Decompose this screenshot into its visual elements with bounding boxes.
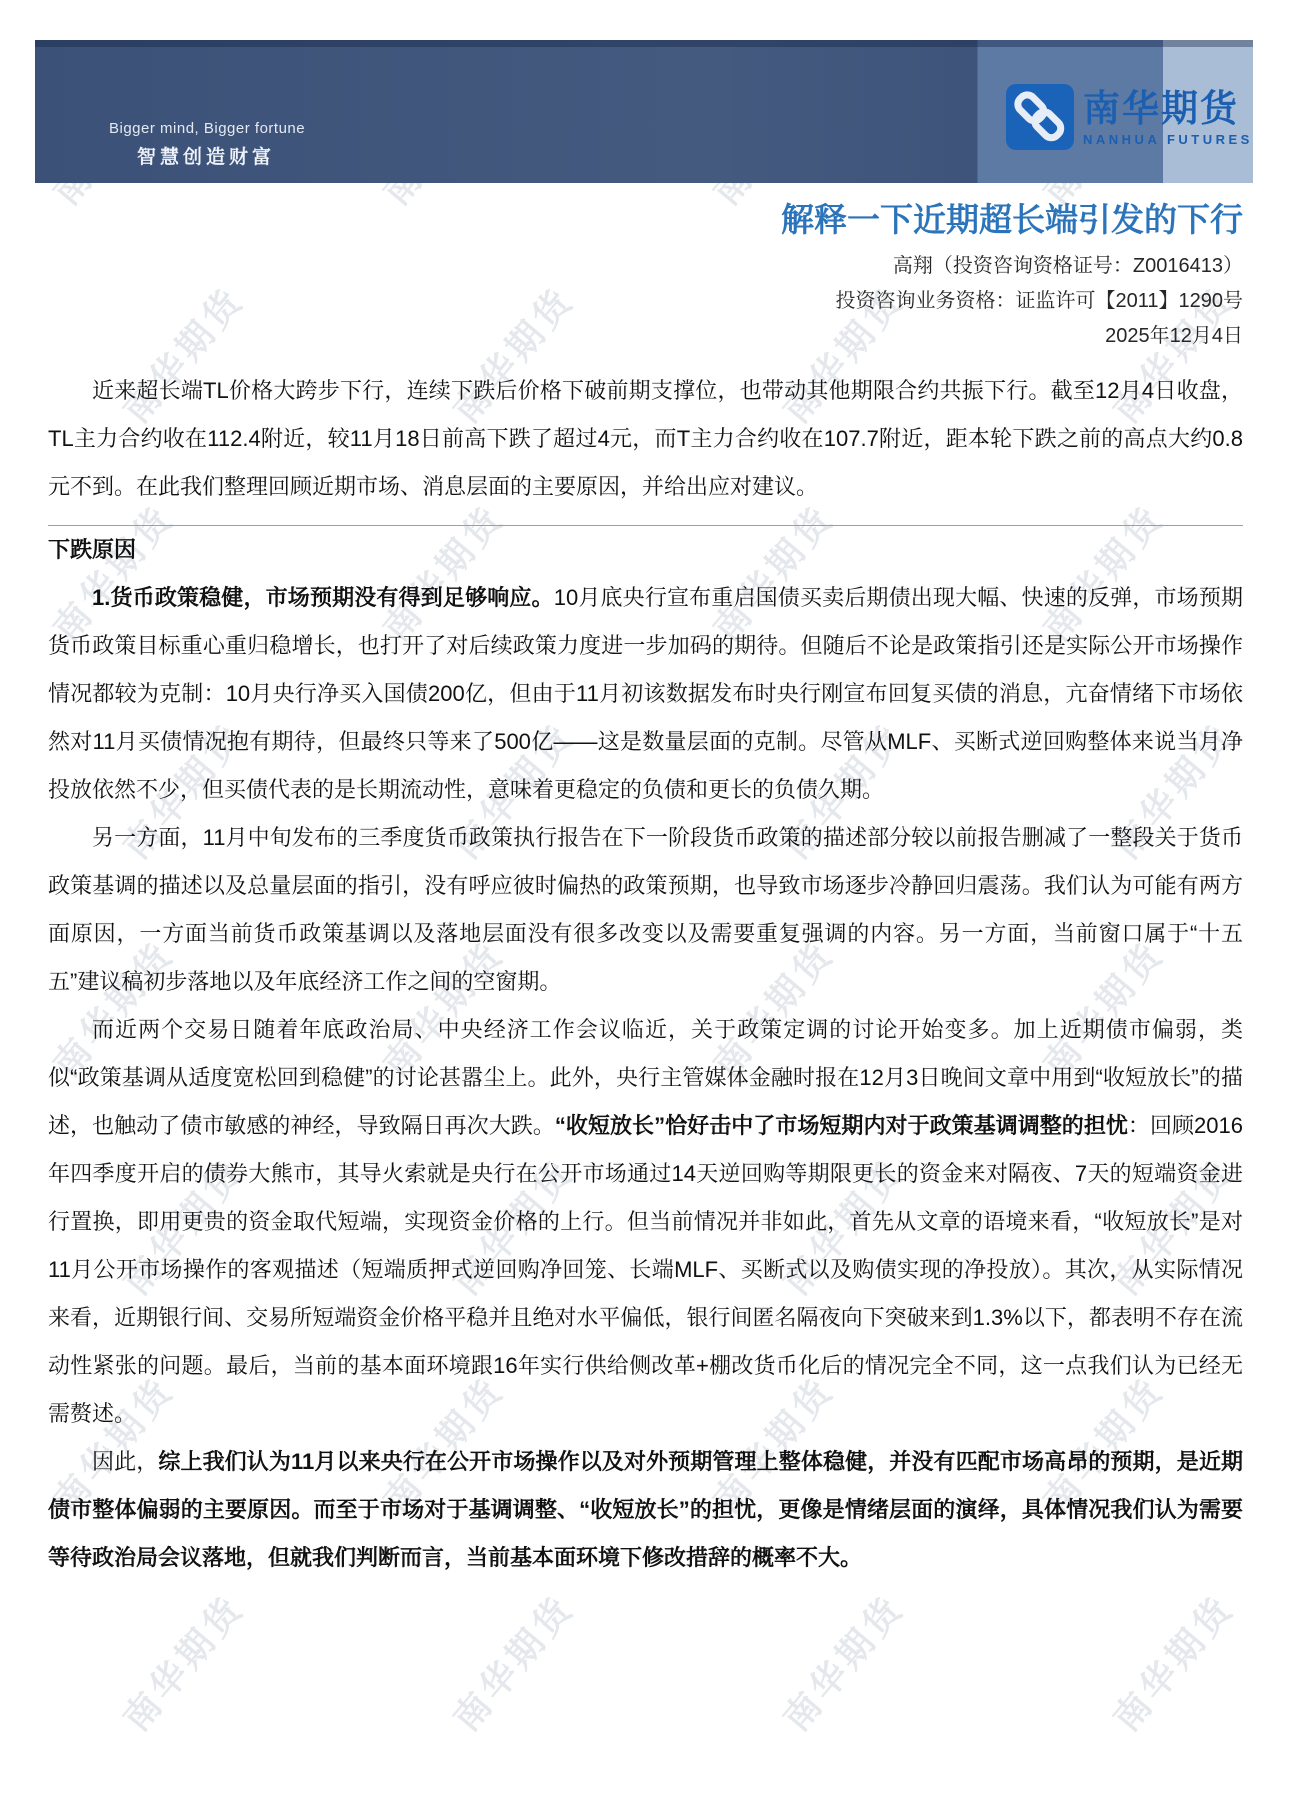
logo-text-block: 南华期货 NANHUA FUTURES <box>1083 84 1253 147</box>
header-banner: Bigger mind, Bigger fortune 智慧创造财富 南华期货 <box>35 40 1253 183</box>
article-body: 近来超长端TL价格大跨步下行，连续下跌后价格下破前期支撑位，也带动其他期限合约共… <box>48 367 1243 1582</box>
paragraph-text: ：回顾2016年四季度开启的债券大熊市，其导火索就是央行在公开市场通过14天逆回… <box>48 1113 1243 1426</box>
conclusion-bold: 综上我们认为11月以来央行在公开市场操作以及对外预期管理上整体稳健，并没有匹配市… <box>48 1449 1243 1570</box>
document-page: 南华期货南华期货南华期货南华期货南华期货南华期货南华期货南华期货南华期货南华期货… <box>0 0 1291 1809</box>
section-heading: 下跌原因 <box>48 526 1243 574</box>
nanhua-chain-link-icon <box>1006 84 1074 150</box>
slogan-block: Bigger mind, Bigger fortune 智慧创造财富 <box>109 120 305 169</box>
paragraph-monetary-policy: 1.货币政策稳健，市场预期没有得到足够响应。10月底央行宣布重启国债买卖后期债出… <box>48 574 1243 814</box>
logo-name-chinese: 南华期货 <box>1083 90 1253 129</box>
logo-name-english: NANHUA FUTURES <box>1083 132 1253 147</box>
company-logo: 南华期货 NANHUA FUTURES <box>1006 84 1253 150</box>
paragraph-policy-report: 另一方面，11月中旬发布的三季度货币政策执行报告在下一阶段货币政策的描述部分较以… <box>48 814 1243 1006</box>
paragraph-shouduanfangchang: 而近两个交易日随着年底政治局、中央经济工作会议临近，关于政策定调的讨论开始变多。… <box>48 1006 1243 1438</box>
slogan-chinese: 智慧创造财富 <box>109 142 305 169</box>
qualification-line: 投资咨询业务资格：证监许可【2011】1290号 <box>48 284 1243 319</box>
paragraph-text: 10月底央行宣布重启国债买卖后期债出现大幅、快速的反弹，市场预期货币政策目标重心… <box>48 585 1243 802</box>
paragraph-lead-bold: 1.货币政策稳健，市场预期没有得到足够响应。 <box>92 585 554 610</box>
paragraph-emphasis-bold: “收短放长”恰好击中了市场短期内对于政策基调调整的担忧 <box>555 1113 1128 1138</box>
paragraph-intro: 近来超长端TL价格大跨步下行，连续下跌后价格下破前期支撑位，也带动其他期限合约共… <box>48 367 1243 511</box>
author-line: 高翔（投资咨询资格证号：Z0016413） <box>48 249 1243 284</box>
paragraph-conclusion: 因此，综上我们认为11月以来央行在公开市场操作以及对外预期管理上整体稳健，并没有… <box>48 1438 1243 1582</box>
paragraph-text: 因此， <box>92 1449 158 1474</box>
meta-block: 高翔（投资咨询资格证号：Z0016413） 投资咨询业务资格：证监许可【2011… <box>48 249 1243 354</box>
date-line: 2025年12月4日 <box>48 319 1243 354</box>
article-title: 解释一下近期超长端引发的下行 <box>48 198 1243 243</box>
slogan-english: Bigger mind, Bigger fortune <box>109 120 305 137</box>
